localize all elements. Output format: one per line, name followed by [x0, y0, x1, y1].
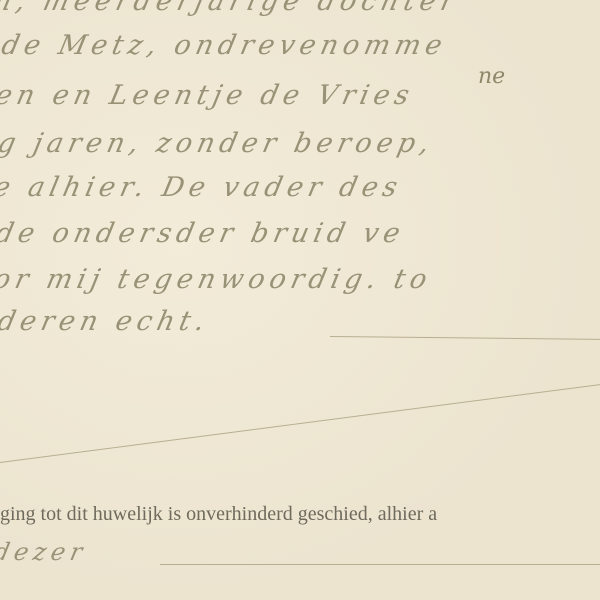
- interlinear-insertion: ne: [478, 64, 505, 89]
- handwritten-final-word: dezer: [0, 538, 90, 566]
- handwritten-line-7: or mij tegenwoordig. to: [0, 264, 435, 295]
- document-page: n, meerderjarige dochter de Metz, ondrev…: [0, 0, 600, 600]
- handwritten-line-4: g jaren, zonder beroep,: [0, 128, 437, 159]
- printed-form-line: ging tot dit huwelijk is onverhinderd ge…: [0, 503, 437, 526]
- handwritten-line-8: deren echt.: [0, 306, 212, 337]
- handwritten-line-3: en en Leentje de Vries: [0, 80, 417, 111]
- cancellation-stroke: [0, 382, 600, 463]
- fill-line-rule-2: [160, 564, 600, 565]
- handwritten-line-1: n, meerderjarige dochter: [0, 0, 462, 17]
- handwritten-line-6: de ondersder bruid ve: [0, 218, 408, 249]
- fill-line-rule: [330, 336, 600, 340]
- handwritten-line-5: e alhier. De vader des: [0, 172, 405, 203]
- handwritten-line-2: de Metz, ondrevenomme: [0, 30, 450, 61]
